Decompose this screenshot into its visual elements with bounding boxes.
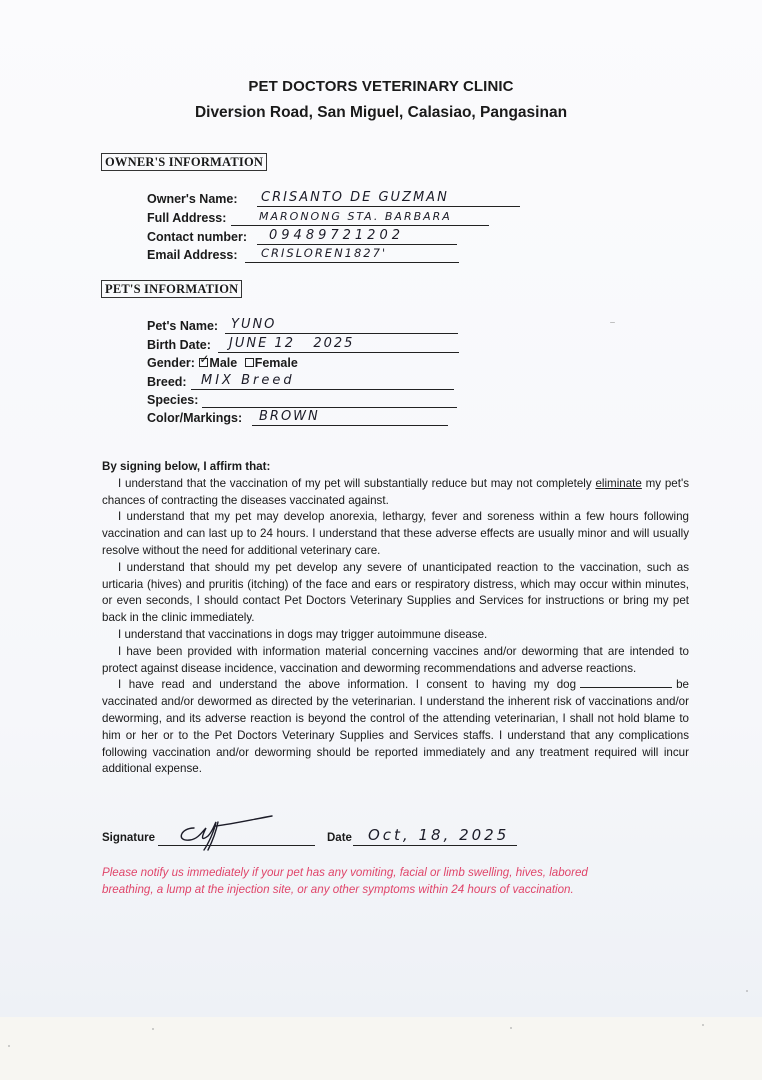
gender-male-label: Male [209,356,237,370]
pet-name-field: Pet's Name: YUNO [147,318,467,335]
owner-name-field: Owner's Name: CRISANTO DE GUZMAN [147,191,547,208]
date-value[interactable]: Oct, 18, 2025 [368,826,509,844]
signature-row: Signature Date Oct, 18, 2025 [102,832,622,852]
consent-paragraph-6: I have read and understand the above inf… [102,677,689,778]
pet-name-line [225,333,458,334]
consent-lead: By signing below, I affirm that: [102,459,689,476]
full-address-field: Full Address: MARONONG STA. BARBARA [147,210,547,227]
contact-number-label: Contact number: [147,229,247,246]
aftercare-notice: Please notify us immediately if your pet… [102,864,642,898]
pet-name-value[interactable]: YUNO [231,316,276,333]
scan-speck [610,322,615,323]
owner-name-value[interactable]: CRISANTO DE GUZMAN [261,189,449,206]
consent-statement: By signing below, I affirm that: I under… [102,459,689,778]
breed-field: Breed: MIX Breed [147,374,467,391]
birth-date-value[interactable]: JUNE 12 2025 [229,335,354,352]
gender-female-checkbox[interactable] [245,358,254,367]
consent-paragraph-4: I understand that vaccinations in dogs m… [102,627,689,644]
color-markings-value[interactable]: BROWN [259,408,320,425]
owner-name-line [257,206,520,207]
color-markings-line [252,425,448,426]
scan-speck [702,1024,704,1026]
consent-p6-text-end: be vaccinated and/or dewormed as directe… [102,678,689,775]
birth-date-field: Birth Date: JUNE 12 2025 [147,337,467,354]
contact-number-field: Contact number: 09489721202 [147,229,547,246]
consent-paragraph-1: I understand that the vaccination of my … [102,476,689,510]
scan-speck [510,1027,512,1029]
consent-paragraph-2: I understand that my pet may develop ano… [102,509,689,559]
pet-name-label: Pet's Name: [147,318,218,335]
full-address-line [231,225,489,226]
signature-label: Signature [102,832,155,844]
consent-paragraph-3: I understand that should my pet develop … [102,560,689,627]
date-line [353,845,517,846]
contact-number-value[interactable]: 09489721202 [269,227,404,244]
species-line [202,407,457,408]
owner-name-label: Owner's Name: [147,191,238,208]
gender-label: Gender: [147,355,195,372]
scan-speck [8,1045,10,1047]
dog-name-blank[interactable] [580,677,672,688]
breed-value[interactable]: MIX Breed [201,372,295,389]
email-address-value[interactable]: CRISLOREN1827' [261,245,387,262]
scan-speck [152,1028,154,1030]
clinic-name: PET DOCTORS VETERINARY CLINIC [0,78,762,95]
gender-field: Gender: Male Female [147,355,467,372]
owner-section-title: OWNER'S INFORMATION [101,153,267,171]
gender-male-checkbox[interactable] [199,358,208,367]
gender-female-label: Female [255,356,298,370]
date-label: Date [327,832,352,844]
signature-scribble[interactable] [172,814,282,854]
species-label: Species: [147,392,198,409]
consent-p6-text: I have read and understand the above inf… [118,678,576,691]
consent-p1-text: I understand that the vaccination of my … [118,477,595,490]
consent-paragraph-5: I have been provided with information ma… [102,644,689,678]
birth-date-line [218,352,459,353]
breed-line [191,389,454,390]
species-field: Species: [147,392,467,409]
color-markings-field: Color/Markings: BROWN [147,410,467,427]
email-address-field: Email Address: CRISLOREN1827' [147,247,547,264]
email-address-label: Email Address: [147,247,238,264]
email-address-line [245,262,459,263]
clinic-address: Diversion Road, San Miguel, Calasiao, Pa… [0,104,762,122]
full-address-value[interactable]: MARONONG STA. BARBARA [259,208,452,225]
pet-section-title: PET'S INFORMATION [101,280,242,298]
scanned-form-page: PET DOCTORS VETERINARY CLINIC Diversion … [0,0,762,1017]
color-markings-label: Color/Markings: [147,410,242,427]
consent-p1-underlined: eliminate [595,477,641,490]
full-address-label: Full Address: [147,210,226,227]
scan-speck [746,990,748,992]
breed-label: Breed: [147,374,187,391]
